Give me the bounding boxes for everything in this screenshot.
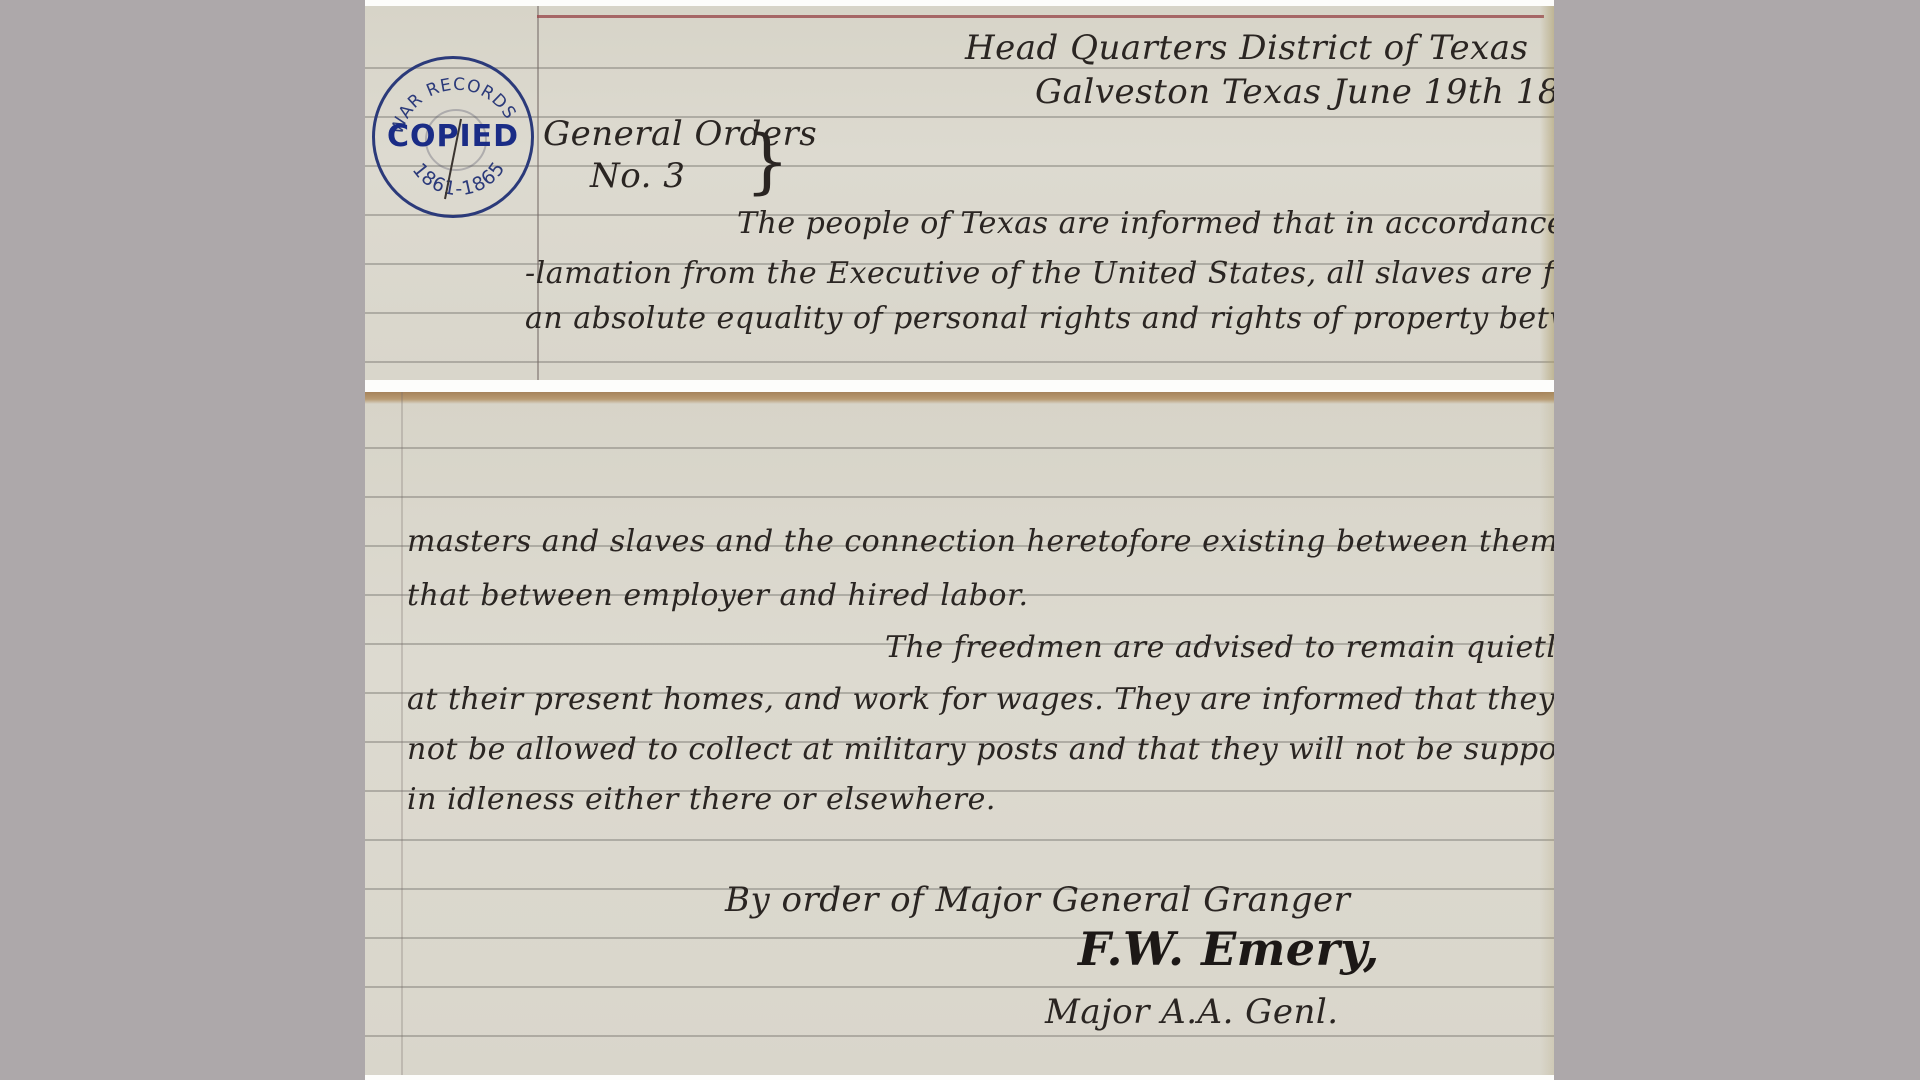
body-line: masters and slaves and the connection he… <box>407 524 1554 559</box>
body-line: The people of Texas are informed that in… <box>737 206 1554 241</box>
svg-text:1861-1865: 1861-1865 <box>408 157 510 200</box>
body-line: -lamation from the Executive of the Unit… <box>525 256 1554 291</box>
body-line: at their present homes, and work for wag… <box>407 682 1554 717</box>
bottom-page-panel: masters and slaves and the connection he… <box>365 392 1554 1075</box>
margin-line <box>401 392 403 1075</box>
brace-icon: } <box>745 126 790 196</box>
body-line: in idleness either there or elsewhere. <box>407 782 996 817</box>
body-line: an absolute equality of personal rights … <box>525 301 1554 336</box>
top-page-panel: WAR RECORDS 1861-1865 COPIED Head Quarte… <box>365 6 1554 380</box>
document-sheet: WAR RECORDS 1861-1865 COPIED Head Quarte… <box>365 0 1554 1080</box>
body-line: The freedmen are advised to remain quiet… <box>885 630 1554 665</box>
signatory-rank: Major A.A. Genl. <box>1045 992 1339 1032</box>
body-line: not be allowed to collect at military po… <box>407 732 1554 767</box>
by-order-line: By order of Major General Granger <box>725 880 1350 920</box>
red-header-rule <box>537 15 1544 18</box>
signature: F.W. Emery, <box>1078 922 1380 976</box>
stamp-bottom-text: 1861-1865 <box>408 157 510 200</box>
war-records-copied-stamp: WAR RECORDS 1861-1865 COPIED <box>372 56 534 218</box>
heading-line-2: Galveston Texas June 19th 1865 <box>1035 72 1554 112</box>
order-number: No. 3 <box>590 156 685 196</box>
heading-line-1: Head Quarters District of Texas <box>965 28 1529 68</box>
stamp-center-text: COPIED <box>375 119 531 154</box>
body-line: that between employer and hired labor. <box>407 578 1029 613</box>
